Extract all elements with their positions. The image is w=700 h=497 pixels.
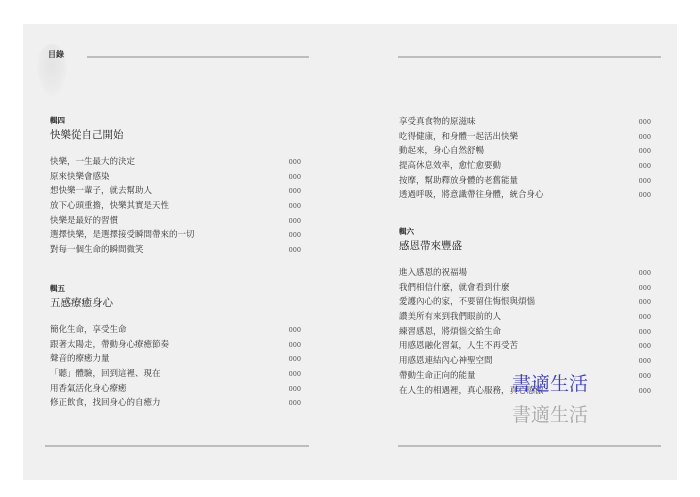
toc-entry[interactable]: 練習感恩，將煩惱交給生命000 — [399, 325, 651, 340]
entry-page: 000 — [289, 352, 301, 367]
entry-title: 吃得健康，和身體一起活出快樂 — [399, 132, 518, 142]
entry-title: 帶動生命正向的能量 — [399, 371, 476, 381]
toc-entry[interactable]: 按摩，幫助釋放身體的老舊能量000 — [399, 174, 651, 189]
entry-page: 000 — [639, 384, 651, 399]
toc-entry[interactable]: 聲音的療癒力量000 — [50, 352, 301, 367]
entry-page: 000 — [639, 266, 651, 281]
toc-entry[interactable]: 用感恩連結內心神聖空間000 — [399, 354, 651, 369]
entry-page: 000 — [289, 338, 301, 353]
entry-title: 快樂，一生最大的決定 — [50, 157, 135, 167]
toc-entry[interactable]: 用香氣活化身心療癒000 — [50, 382, 301, 397]
entry-title: 用感恩連結內心神聖空間 — [399, 356, 493, 366]
toc-entry[interactable]: 動起來，身心自然舒暢000 — [399, 144, 651, 159]
entry-title: 動起來，身心自然舒暢 — [399, 146, 484, 156]
toc-entry[interactable]: 吃得健康，和身體一起活出快樂000 — [399, 130, 651, 145]
continued-entries: 享受真食物的原滋味000 吃得健康，和身體一起活出快樂000 動起來，身心自然舒… — [399, 115, 651, 203]
entry-page: 000 — [639, 174, 651, 189]
toc-entry[interactable]: 對每一個生命的瞬間微笑000 — [50, 243, 301, 258]
toc-entry[interactable]: 進入感恩的祝福場000 — [399, 266, 651, 281]
entry-title: 「聽」體驗，回到這裡、現在 — [50, 369, 161, 379]
entry-title: 原來快樂會感染 — [50, 172, 110, 182]
entry-page: 000 — [639, 325, 651, 340]
toc-entry[interactable]: 選擇快樂，是選擇接受瞬間帶來的一切000 — [50, 228, 301, 243]
toc-entry[interactable]: 我們相信什麼，就會看到什麼000 — [399, 281, 651, 296]
toc-entry[interactable]: 跟著太陽走，帶動身心療癒節奏000 — [50, 338, 301, 353]
entry-page: 000 — [639, 144, 651, 159]
entry-page: 000 — [289, 367, 301, 382]
entry-title: 進入感恩的祝福場 — [399, 268, 467, 278]
entry-page: 000 — [639, 130, 651, 145]
watermark-secondary: 書適生活 — [512, 400, 588, 427]
entry-page: 000 — [289, 243, 301, 258]
toc-entry[interactable]: 想快樂一輩子，就去幫助人000 — [50, 184, 301, 199]
entry-title: 放下心頭重擔，快樂其實是天性 — [50, 201, 169, 211]
entry-title: 簡化生命，享受生命 — [50, 325, 127, 335]
toc-entry[interactable]: 「聽」體驗，回到這裡、現在000 — [50, 367, 301, 382]
toc-entry[interactable]: 快樂，一生最大的決定000 — [50, 155, 301, 170]
entry-page: 000 — [639, 339, 651, 354]
entry-title: 透過呼吸，將意識帶往身體，統合身心 — [399, 190, 544, 200]
entry-title: 修正飲食，找回身心的自癒力 — [50, 398, 161, 408]
entry-page: 000 — [289, 184, 301, 199]
toc-entry[interactable]: 透過呼吸，將意識帶往身體，統合身心000 — [399, 188, 651, 203]
entry-title: 按摩，幫助釋放身體的老舊能量 — [399, 176, 518, 186]
toc-entry[interactable]: 用感恩融化習氣，人生不再受苦000 — [399, 339, 651, 354]
entry-page: 000 — [639, 295, 651, 310]
section-title: 五感療癒身心 — [50, 296, 301, 310]
entry-page: 000 — [289, 170, 301, 185]
toc-entry-list: 快樂，一生最大的決定000 原來快樂會感染000 想快樂一輩子，就去幫助人000… — [50, 155, 301, 258]
entry-page: 000 — [639, 115, 651, 130]
entry-page: 000 — [289, 382, 301, 397]
toc-entry[interactable]: 享受真食物的原滋味000 — [399, 115, 651, 130]
section-5: 輯五 五感療癒身心 簡化生命，享受生命000 跟著太陽走，帶動身心療癒節奏000… — [50, 284, 301, 411]
entry-page: 000 — [289, 323, 301, 338]
entry-page: 000 — [289, 155, 301, 170]
top-left-rule — [87, 56, 309, 58]
entry-title: 對每一個生命的瞬間微笑 — [50, 245, 144, 255]
toc-entry[interactable]: 愛護內心的家，不要留住悔恨與煩惱000 — [399, 295, 651, 310]
entry-page: 000 — [289, 396, 301, 411]
watermark-primary: 書適生活 — [512, 369, 588, 396]
toc-entry[interactable]: 提高休息效率，愈忙愈要動000 — [399, 159, 651, 174]
bottom-right-rule — [398, 445, 661, 447]
toc-entry[interactable]: 簡化生命，享受生命000 — [50, 323, 301, 338]
toc-entry[interactable]: 修正飲食，找回身心的自癒力000 — [50, 396, 301, 411]
entry-title: 快樂是最好的習慣 — [50, 216, 118, 226]
toc-entry-list: 享受真食物的原滋味000 吃得健康，和身體一起活出快樂000 動起來，身心自然舒… — [399, 115, 651, 203]
bottom-left-rule — [45, 445, 309, 447]
toc-entry[interactable]: 放下心頭重擔，快樂其實是天性000 — [50, 199, 301, 214]
entry-title: 享受真食物的原滋味 — [399, 117, 476, 127]
entry-title: 讚美所有來到我們眼前的人 — [399, 312, 501, 322]
book-spread: 目錄 輯四 快樂從自己開始 快樂，一生最大的決定000 原來快樂會感染000 想… — [23, 24, 677, 480]
entry-page: 000 — [639, 159, 651, 174]
top-right-rule — [398, 56, 661, 58]
entry-title: 聲音的療癒力量 — [50, 354, 110, 364]
entry-title: 我們相信什麼，就會看到什麼 — [399, 283, 510, 293]
entry-page: 000 — [639, 310, 651, 325]
section-label: 輯四 — [50, 116, 301, 126]
toc-label: 目錄 — [48, 49, 64, 60]
entry-title: 用感恩融化習氣，人生不再受苦 — [399, 341, 518, 351]
entry-page: 000 — [289, 199, 301, 214]
section-4: 輯四 快樂從自己開始 快樂，一生最大的決定000 原來快樂會感染000 想快樂一… — [50, 116, 301, 258]
entry-title: 提高休息效率，愈忙愈要動 — [399, 161, 501, 171]
section-title: 快樂從自己開始 — [50, 128, 301, 142]
entry-title: 想快樂一輩子，就去幫助人 — [50, 186, 152, 196]
entry-title: 選擇快樂，是選擇接受瞬間帶來的一切 — [50, 230, 195, 240]
entry-title: 愛護內心的家，不要留住悔恨與煩惱 — [399, 297, 535, 307]
toc-entry[interactable]: 原來快樂會感染000 — [50, 170, 301, 185]
entry-page: 000 — [639, 281, 651, 296]
section-title: 感恩帶來豐盛 — [399, 239, 651, 253]
entry-page: 000 — [639, 354, 651, 369]
entry-title: 練習感恩，將煩惱交給生命 — [399, 327, 501, 337]
entry-page: 000 — [639, 369, 651, 384]
toc-entry[interactable]: 讚美所有來到我們眼前的人000 — [399, 310, 651, 325]
entry-title: 跟著太陽走，帶動身心療癒節奏 — [50, 340, 169, 350]
entry-page: 000 — [289, 214, 301, 229]
toc-entry-list: 簡化生命，享受生命000 跟著太陽走，帶動身心療癒節奏000 聲音的療癒力量00… — [50, 323, 301, 411]
toc-entry[interactable]: 快樂是最好的習慣000 — [50, 214, 301, 229]
entry-title: 用香氣活化身心療癒 — [50, 384, 127, 394]
section-label: 輯六 — [399, 227, 651, 237]
section-label: 輯五 — [50, 284, 301, 294]
entry-page: 000 — [639, 188, 651, 203]
entry-page: 000 — [289, 228, 301, 243]
